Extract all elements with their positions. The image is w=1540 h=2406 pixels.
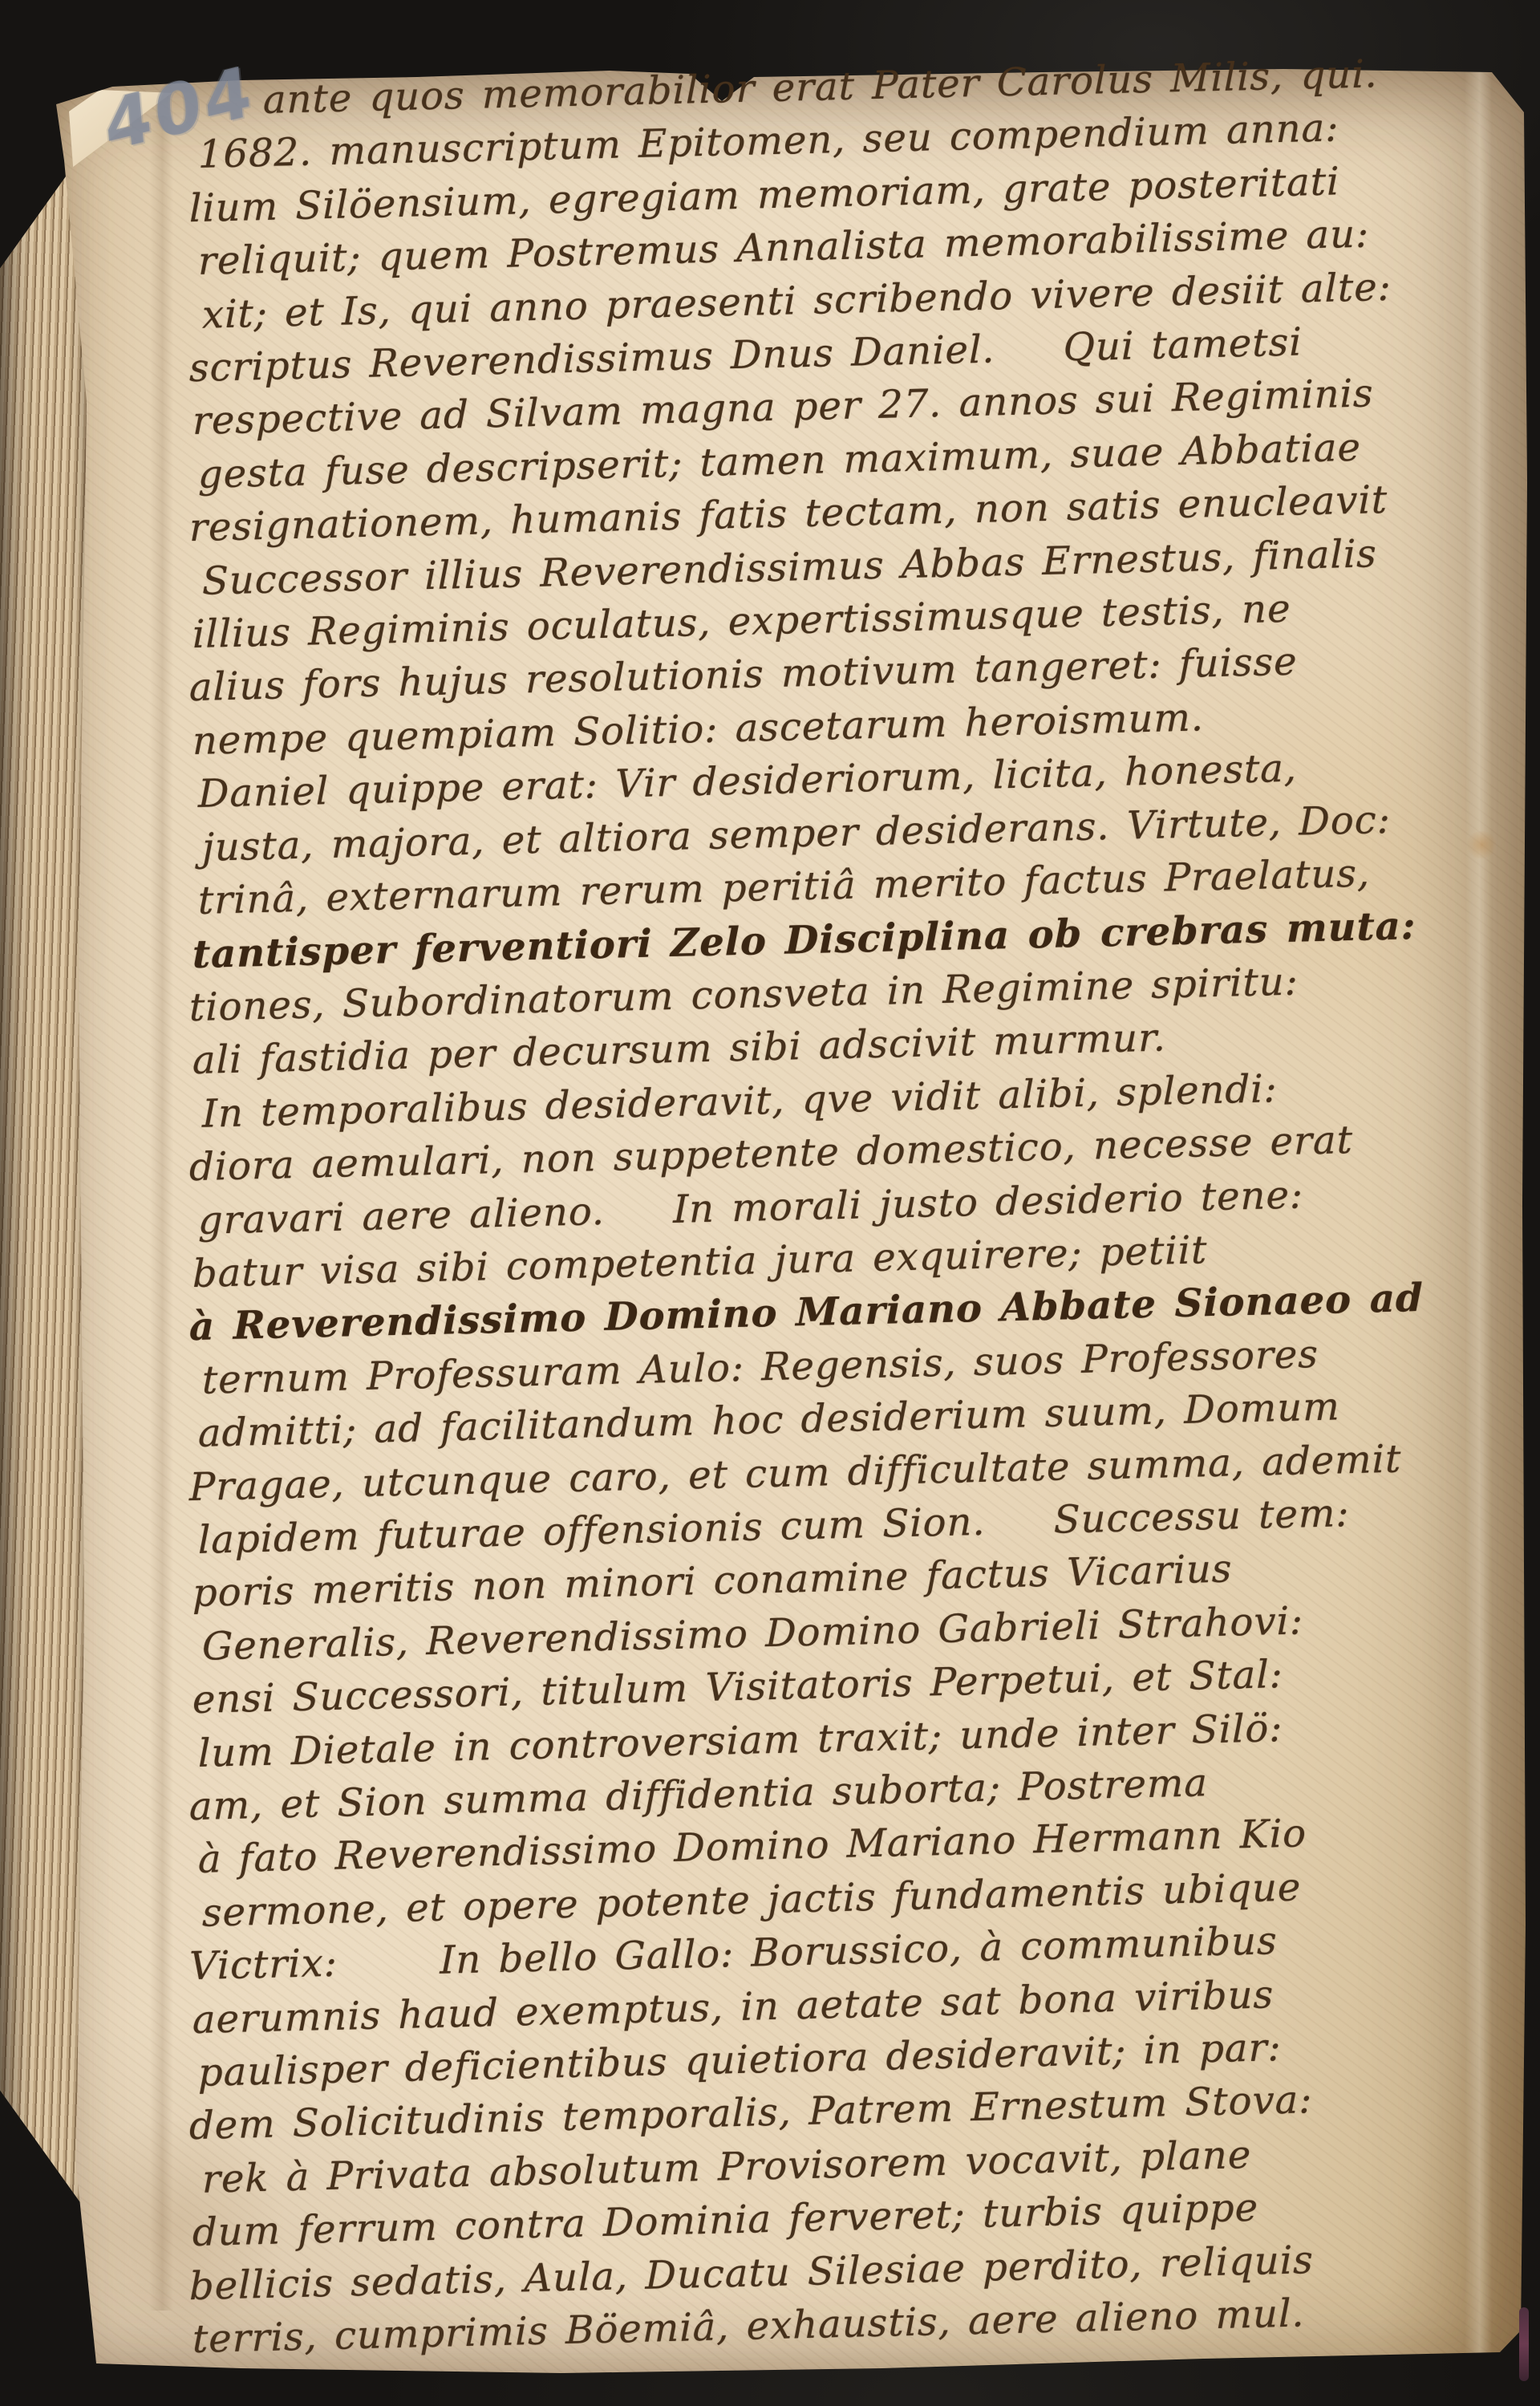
- margin-crease: [149, 116, 173, 2311]
- binding-thread: [1519, 2307, 1529, 2381]
- manuscript-text: ante quos memorabilior erat Pater Carolu…: [192, 44, 1513, 2366]
